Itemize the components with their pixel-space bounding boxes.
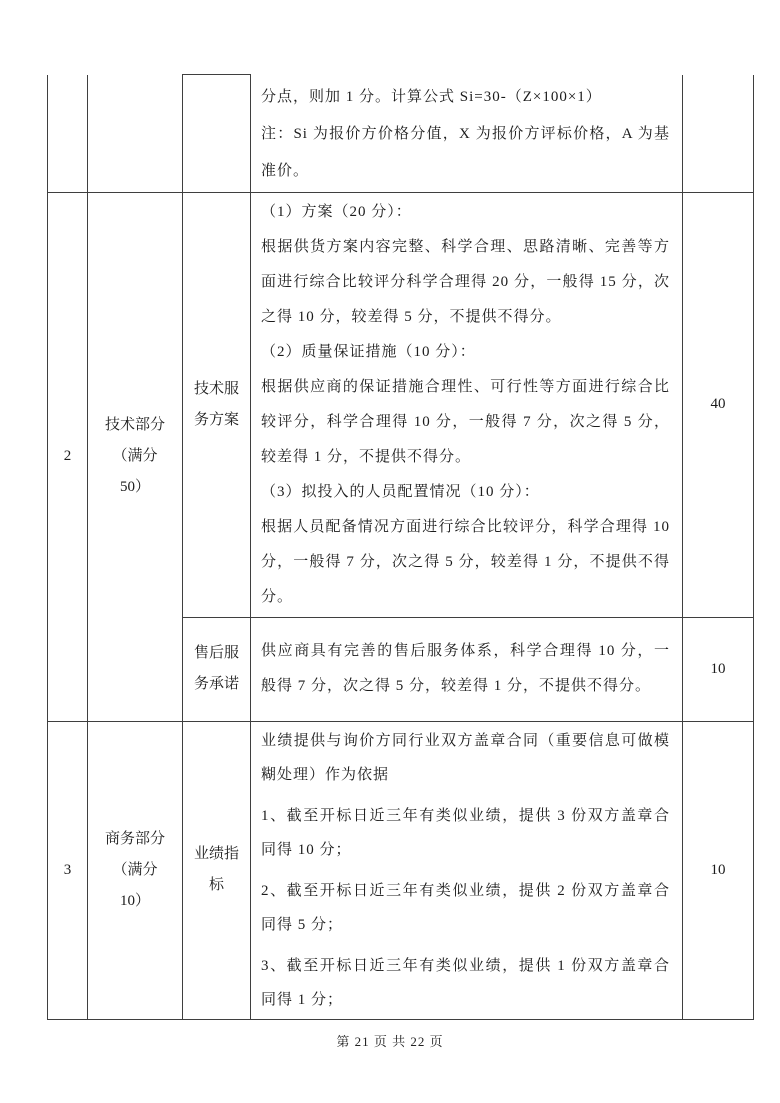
section-cell: 商务部分 （满分 10） [88, 721, 183, 1019]
indicator-line: 务承诺 [183, 669, 250, 700]
criteria-paragraph: 根据供货方案内容完整、科学合理、思路清晰、完善等方面进行综合比较评分科学合理得 … [261, 230, 670, 335]
criteria-paragraph: 注：Si 为报价方价格分值，X 为报价方评标价格，A 为基准价。 [261, 116, 670, 190]
indicator-cell: 技术服 务方案 [183, 192, 251, 617]
criteria-paragraph: （3）拟投入的人员配置情况（10 分）： [261, 475, 670, 510]
criteria-paragraph: 3、截至开标日近三年有类似业绩，提供 1 份双方盖章合同得 1 分； [261, 949, 670, 1017]
criteria-cell: 供应商具有完善的售后服务体系，科学合理得 10 分，一般得 7 分，次之得 5 … [251, 617, 683, 721]
criteria-paragraph: 根据供应商的保证措施合理性、可行性等方面进行综合比较评分，科学合理得 10 分，… [261, 370, 670, 475]
criteria-paragraph: 业绩提供与询价方同行业双方盖章合同（重要信息可做模糊处理）作为依据 [261, 724, 670, 792]
criteria-cell: 分点，则加 1 分。计算公式 Si=30-（Z×100×1） 注：Si 为报价方… [251, 75, 683, 193]
criteria-paragraph: （2）质量保证措施（10 分）： [261, 335, 670, 370]
score-cell: 10 [683, 617, 754, 721]
criteria-cell: 业绩提供与询价方同行业双方盖章合同（重要信息可做模糊处理）作为依据 1、截至开标… [251, 721, 683, 1019]
evaluation-criteria-table: 分点，则加 1 分。计算公式 Si=30-（Z×100×1） 注：Si 为报价方… [47, 74, 754, 1020]
indicator-line: 售后服 [183, 638, 250, 669]
indicator-cell: 业绩指 标 [183, 721, 251, 1019]
row-number-cell [48, 75, 88, 193]
score-cell [683, 75, 754, 193]
criteria-cell: （1）方案（20 分）： 根据供货方案内容完整、科学合理、思路清晰、完善等方面进… [251, 192, 683, 617]
section-line: 技术部分 [88, 410, 182, 441]
section-cell [88, 75, 183, 193]
row-number-cell: 2 [48, 192, 88, 721]
section-line: （满分 [88, 855, 182, 886]
indicator-line: 标 [183, 870, 250, 901]
criteria-paragraph: 分点，则加 1 分。计算公式 Si=30-（Z×100×1） [261, 79, 670, 116]
section-cell: 技术部分 （满分 50） [88, 192, 183, 721]
indicator-line: 技术服 [183, 374, 250, 405]
section-line: 50） [88, 472, 182, 503]
criteria-paragraph: 1、截至开标日近三年有类似业绩，提供 3 份双方盖章合同得 10 分； [261, 799, 670, 867]
page-footer: 第 21 页 共 22 页 [0, 1031, 780, 1050]
indicator-line: 务方案 [183, 405, 250, 436]
section-line: （满分 [88, 441, 182, 472]
table-row-continuation: 分点，则加 1 分。计算公式 Si=30-（Z×100×1） 注：Si 为报价方… [48, 75, 754, 193]
indicator-line: 业绩指 [183, 839, 250, 870]
criteria-paragraph: （1）方案（20 分）： [261, 195, 670, 230]
table-row-commercial: 3 商务部分 （满分 10） 业绩指 标 业绩提供与询价方同行业双方盖章合同（重… [48, 721, 754, 1019]
section-line: 商务部分 [88, 824, 182, 855]
row-number-cell: 3 [48, 721, 88, 1019]
indicator-cell [183, 75, 251, 193]
criteria-paragraph: 2、截至开标日近三年有类似业绩，提供 2 份双方盖章合同得 5 分； [261, 874, 670, 942]
score-cell: 10 [683, 721, 754, 1019]
criteria-paragraph: 供应商具有完善的售后服务体系，科学合理得 10 分，一般得 7 分，次之得 5 … [261, 634, 670, 704]
score-cell: 40 [683, 192, 754, 617]
section-line: 10） [88, 886, 182, 917]
indicator-cell: 售后服 务承诺 [183, 617, 251, 721]
criteria-paragraph: 根据人员配备情况方面进行综合比较评分，科学合理得 10 分，一般得 7 分，次之… [261, 510, 670, 615]
table-row-technical: 2 技术部分 （满分 50） 技术服 务方案 （1）方案（20 分）： 根据供货… [48, 192, 754, 617]
document-page: 分点，则加 1 分。计算公式 Si=30-（Z×100×1） 注：Si 为报价方… [0, 0, 780, 1103]
